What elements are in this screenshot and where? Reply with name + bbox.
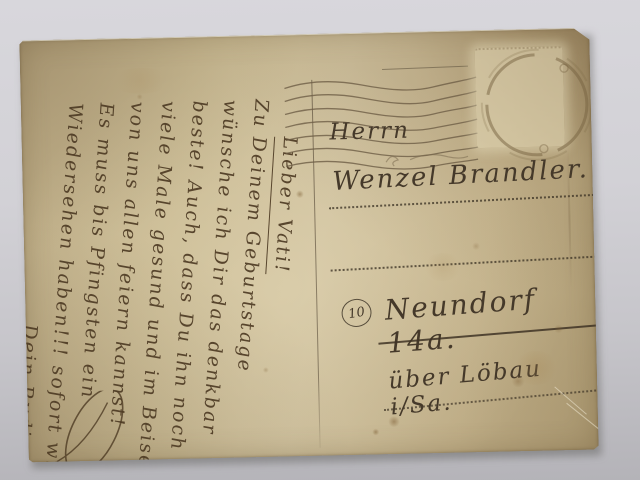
postcard: Lieber Vati! Zu Deinem Geburtstage wünsc… (19, 28, 598, 463)
postal-zone-number: 10 (347, 304, 366, 321)
address-street-line: Neundorf 14a. (384, 278, 598, 360)
signature-flourish-icon (45, 390, 157, 472)
foxing-spot (388, 416, 400, 427)
corner-crease (566, 403, 599, 430)
address-town-line: über Löbau i/Sa. (387, 351, 599, 420)
postcard-photo: Lieber Vati! Zu Deinem Geburtstage wünsc… (0, 0, 640, 480)
foxing-spot (137, 94, 143, 100)
foxing-spot (372, 428, 379, 435)
foxing-spot (296, 190, 304, 198)
faint-pencil-mark (382, 66, 468, 70)
stain-blotch (422, 253, 463, 282)
address-rule-line (329, 194, 601, 210)
address-salutation: Herrn (329, 118, 410, 146)
foxing-spot (472, 242, 480, 250)
postal-zone-badge: 10 (339, 297, 373, 329)
address-rule-line-empty (331, 255, 605, 271)
